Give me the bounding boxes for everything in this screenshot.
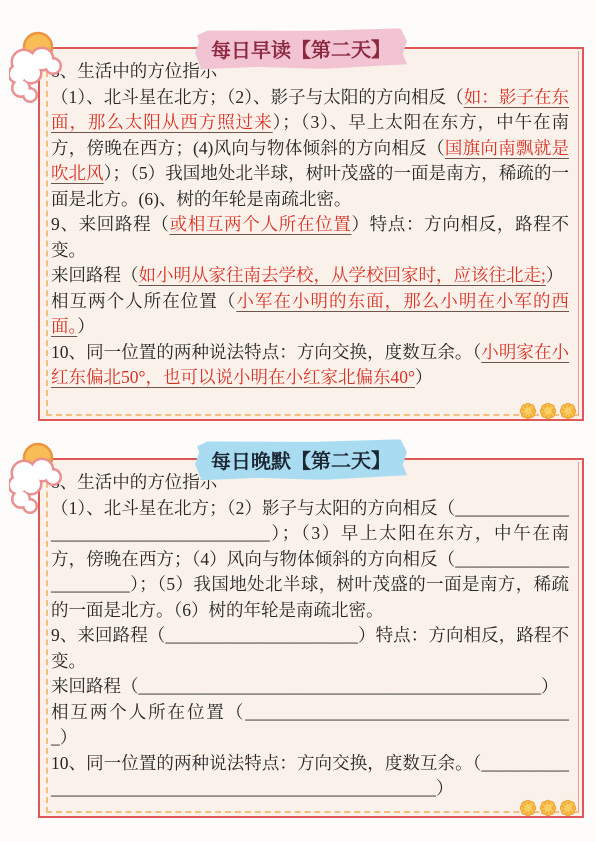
flower-icon: [539, 402, 557, 420]
body-text: 来回路程（: [51, 265, 139, 285]
worksheet-page: { "page": { "background": "#fdfcfa" }, "…: [0, 0, 596, 842]
panel-title: 每日晚默【第二天】: [211, 450, 391, 473]
paragraph: 来回路程（如小明从家往南去学校，从学校回家时，应该往北走;）: [51, 263, 569, 289]
body-text: 相互两个人所在位置（: [51, 291, 236, 311]
body-text: （1）、北斗星在北方；（2）、影子与太阳的方向相反（: [51, 87, 464, 107]
body-text: ）: [415, 367, 433, 387]
body-text: （1）、北斗星在北方；（2）影子与太阳的方向相反（: [51, 498, 455, 518]
body-text: ）: [77, 316, 95, 336]
evening-title-label: 每日晚默【第二天】: [195, 439, 407, 480]
paragraph: 相互两个人所在位置（小军在小明的东面，那么小明在小军的西面。）: [51, 289, 569, 340]
sun-cloud-icon: [9, 439, 67, 519]
body-text: ）: [541, 676, 559, 696]
flower-icon: [519, 799, 537, 817]
paragraph: （1）、北斗星在北方；（2）影子与太阳的方向相反（_______________…: [51, 496, 569, 624]
body-text: 来回路程（: [51, 676, 139, 696]
flower-icons: [519, 799, 577, 817]
body-text: ）: [60, 727, 78, 747]
paragraph: 9、来回路程（______________________）特点：方向相反，路程…: [51, 623, 569, 674]
blank-line: ________________________________________…: [139, 676, 542, 696]
body-text: 相互两个人所在位置（: [51, 702, 245, 722]
flower-icon: [519, 402, 537, 420]
paragraph: （1）、北斗星在北方；（2）、影子与太阳的方向相反（如：影子在东面，那么太阳从西…: [51, 85, 569, 213]
blank-line: ______________________: [165, 625, 358, 645]
body-text: 10、同一位置的两种说法特点：方向交换，度数互余。（: [51, 753, 482, 773]
body-text: 10、同一位置的两种说法特点：方向交换，度数互余。（: [51, 342, 481, 362]
sun-cloud-icon: [9, 28, 67, 108]
body-text: ）；（5）我国地处北半球，树叶茂盛的一面是南方，稀疏的一面是北方。(6)、树的年…: [51, 163, 569, 209]
morning-reading-panel: 每日早读【第二天】 8、生活中的方位指示（1）、北斗星在北方；（2）、影子与太阳…: [38, 47, 584, 421]
paragraph: 10、同一位置的两种说法特点：方向交换，度数互余。（小明家在小红东偏北50°，也…: [51, 340, 569, 391]
body-text: ）: [546, 265, 564, 285]
morning-content: 8、生活中的方位指示（1）、北斗星在北方；（2）、影子与太阳的方向相反（如：影子…: [51, 59, 569, 391]
evening-dictation-panel: 每日晚默【第二天】 8、生活中的方位指示（1）、北斗星在北方；（2）影子与太阳的…: [38, 458, 584, 818]
paragraph: 来回路程（___________________________________…: [51, 674, 569, 700]
flower-icon: [539, 799, 557, 817]
flower-icon: [559, 402, 577, 420]
panel-title: 每日早读【第二天】: [211, 39, 391, 62]
paragraph: 相互两个人所在位置（______________________________…: [51, 700, 569, 751]
flower-icons: [519, 402, 577, 420]
morning-title-label: 每日早读【第二天】: [195, 28, 407, 69]
body-text: 8、生活中的方位指示: [51, 61, 217, 81]
answer-text: 如小明从家往南去学校，从学校回家时，应该往北走;: [139, 265, 546, 285]
evening-content: 8、生活中的方位指示（1）、北斗星在北方；（2）影子与太阳的方向相反（_____…: [51, 470, 569, 802]
answer-text: 或相互两个人所在位置: [170, 214, 352, 234]
body-text: 9、来回路程（: [51, 214, 170, 234]
body-text: 9、来回路程（: [51, 625, 165, 645]
paragraph: 10、同一位置的两种说法特点：方向交换，度数互余。（______________…: [51, 751, 569, 802]
body-text: 8、生活中的方位指示: [51, 472, 217, 492]
body-text: ）: [436, 778, 454, 798]
paragraph: 9、来回路程（或相互两个人所在位置）特点：方向相反，路程不变。: [51, 212, 569, 263]
flower-icon: [559, 799, 577, 817]
